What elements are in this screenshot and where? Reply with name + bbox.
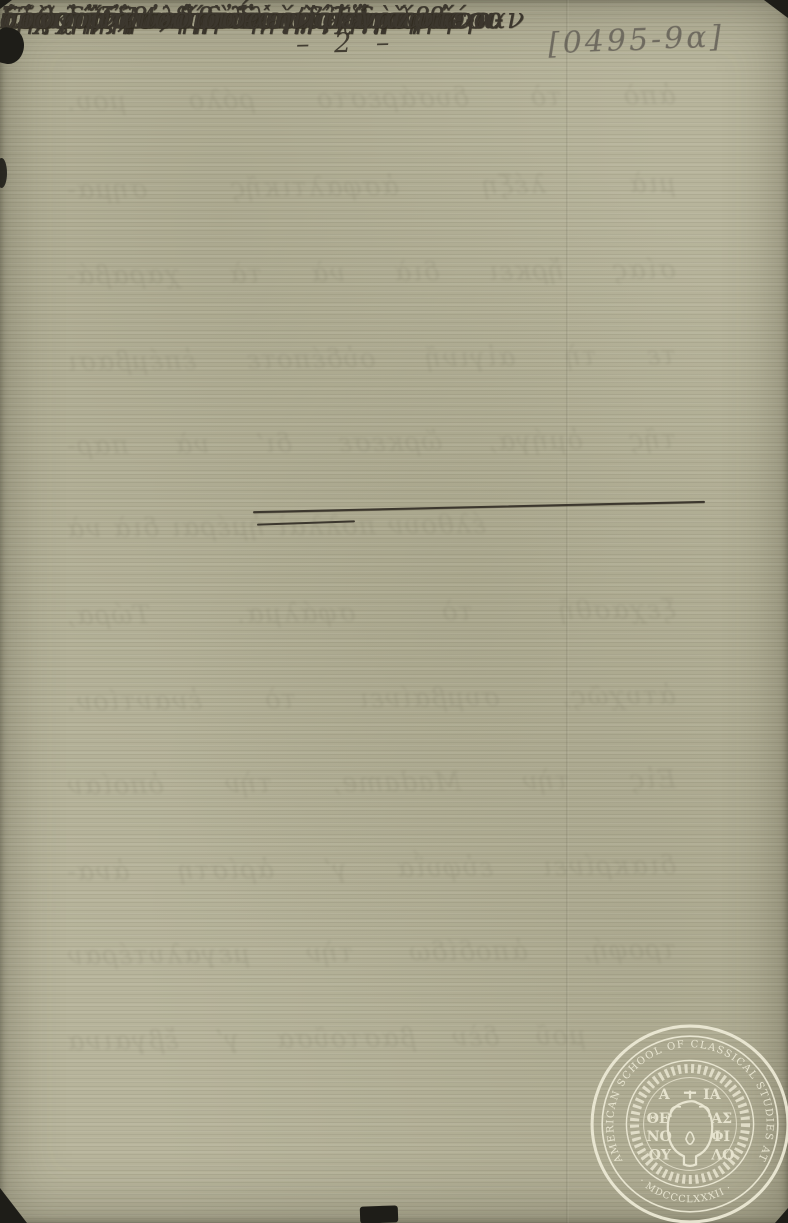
seal-inner-ring <box>626 1060 753 1187</box>
manuscript-page: [0495-9α] – 2 – ἀπὸ τὸ δυσάρεστο ρόλο μο… <box>0 0 788 1223</box>
library-stamp-seal: Α ΙΑ ΘΕ ΑΣ ΝΟ ΦΙ ΟΥ ΛΟ AMERICAN SCHOOL O… <box>584 1018 788 1223</box>
seal-letter: ΘΕ <box>647 1111 670 1127</box>
paper-crease <box>566 0 569 1223</box>
seal-letter: ΙΑ <box>703 1087 722 1103</box>
handwritten-line-12: τροφή, ἀποδίδω τὴν μεγαλυτέραν <box>0 0 525 38</box>
ink-bleedthrough: διακρίνει εὐφυΐα γ’ ἀρίστη ἀνα- <box>66 851 676 889</box>
ink-bleedthrough: Εἰς τὴν Madame, τὴν ὁποίαν <box>66 765 676 803</box>
ink-bleedthrough: ἀτυχῶς, συμβαίνει τὸ ἐναντίον. <box>66 681 676 719</box>
ink-bleedthrough: ξεχασθῆ τὸ σφάλμα. Τώρα, <box>66 595 676 633</box>
seal-outer-ring <box>592 1026 788 1222</box>
seal-letter: ΝΟ <box>647 1129 672 1145</box>
ink-bleedthrough: σίας ἤρκει διὰ νὰ τὰ χαραβά- <box>66 255 676 293</box>
ink-bleedthrough: ἀπὸ τὸ δυσάρεστο ρόλο μου. <box>66 81 676 119</box>
ink-bleedthrough: τε τὴ αἰγινῆ οὐδέποτε ἐπέμβασι <box>66 341 676 379</box>
ink-bleedthrough: έλθουν πολλαὶ ἡμέραι διὰ νὰ <box>66 510 486 546</box>
seal-letter: ΑΣ <box>710 1111 732 1127</box>
ink-bleedthrough: τροφή, ἀποδίδω τὴν μεγαλυτέραν <box>66 935 676 973</box>
seal-letter: ΛΟ <box>710 1147 734 1163</box>
ink-bleedthrough: μιὰ λέξη ἀσφαλτικῆς σημα- <box>66 169 676 207</box>
ink-bleedthrough: μοῦ δὲν βαστοῦσα γ’ ἔβγαινα <box>66 1021 586 1058</box>
scan-artifact-bottom-edge <box>360 1205 399 1223</box>
emphasis-underline-short <box>257 520 355 526</box>
seal-letter: Α <box>658 1087 671 1103</box>
seal-rim-ring <box>602 1036 778 1212</box>
emphasis-underline-long <box>253 501 705 514</box>
scan-artifact-bottom-left-corner <box>0 1188 27 1223</box>
ink-bleedthrough: τῆς ὁμήγα, ὥρκεσε δι’ νὰ παρ- <box>66 425 676 463</box>
scan-artifact-top-right-corner <box>764 0 788 18</box>
scan-artifact-left-edge <box>0 158 7 188</box>
seal-letter: ΟΥ <box>649 1147 672 1163</box>
seal-letter: ΦΙ <box>711 1129 730 1145</box>
archival-notation: [0495-9α] <box>547 22 724 60</box>
